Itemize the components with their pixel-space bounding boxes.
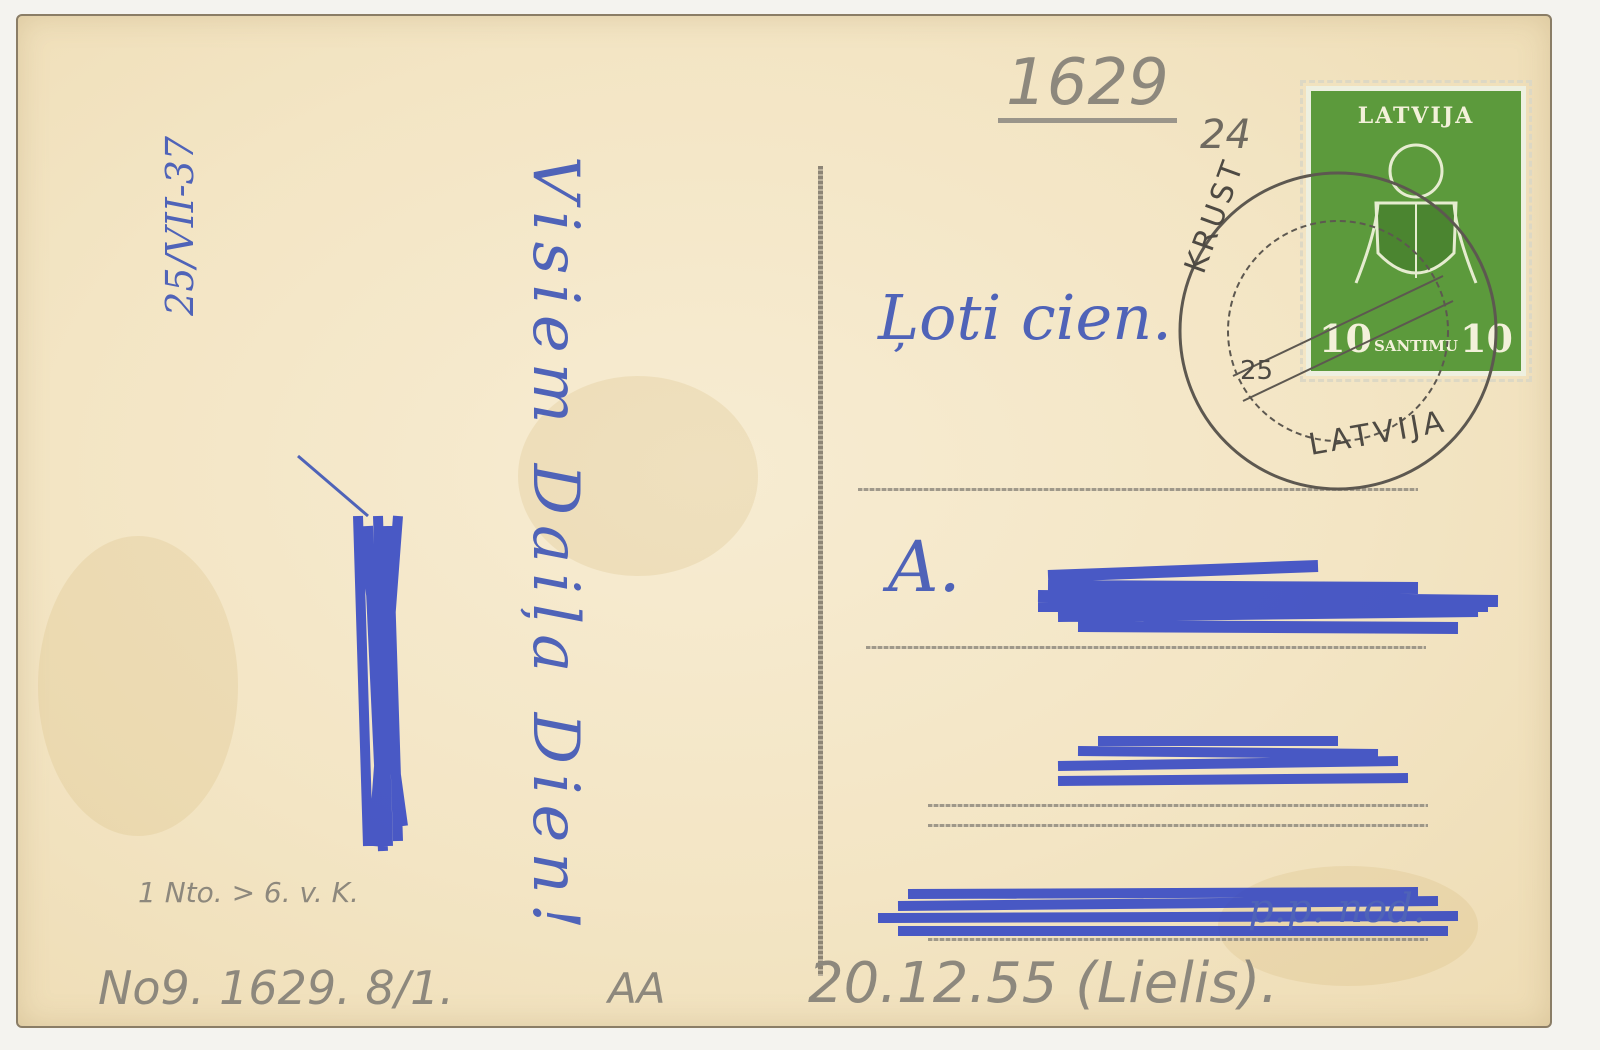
crossed-out-street: [1038, 706, 1418, 806]
address-suffix: p.p. nod.: [1248, 886, 1426, 932]
catalog-number: No9. 1629. 8/1.: [98, 961, 454, 1015]
crossed-out-signature: [288, 446, 448, 866]
handwritten-message: Visiem Daiļa Dien!: [518, 156, 592, 939]
crossed-out-name: [1018, 516, 1518, 666]
stamp-annotation: 24: [1200, 112, 1251, 158]
pencil-note: 1 Nto. > 6. v. K.: [138, 876, 359, 909]
postcard-back: 1629 24 LATVIJA 10 SANTIMU 10 KRUST LATV…: [16, 14, 1552, 1028]
address-line: [928, 824, 1428, 827]
archive-number: 1629: [998, 48, 1177, 123]
postmark-date: 25: [1240, 356, 1273, 386]
pencil-date: 20.12.55 (Lielis).: [808, 951, 1278, 1016]
center-divider: [818, 166, 823, 976]
age-stain: [38, 536, 238, 836]
handwritten-date: 25/VII-37: [158, 136, 202, 316]
salutation: Ļoti cien.: [878, 281, 1172, 354]
stamp-country: LATVIJA: [1311, 103, 1521, 129]
pencil-mark: AA: [608, 964, 665, 1013]
address-initial: A.: [888, 526, 961, 608]
